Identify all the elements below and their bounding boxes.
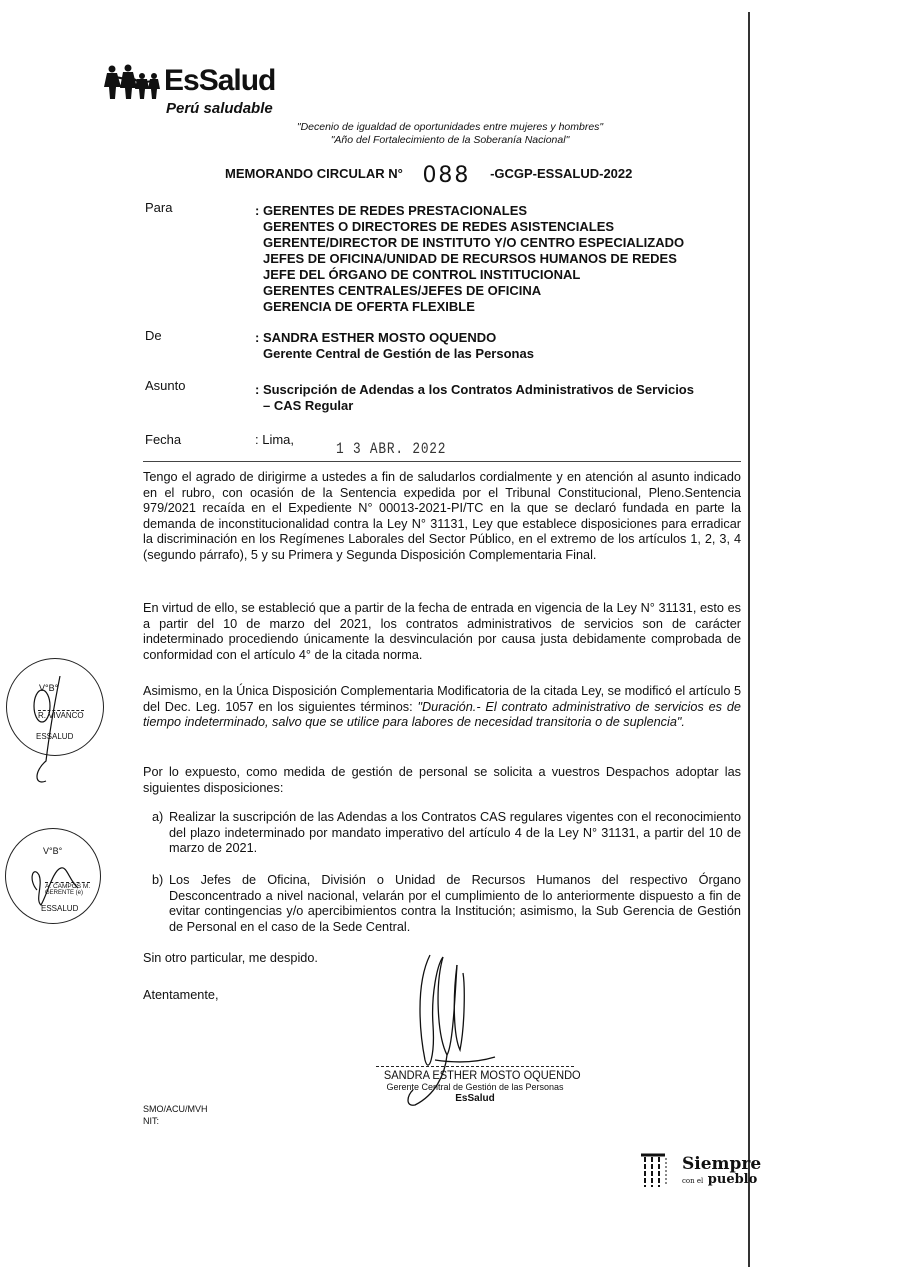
sender-role: Gerente Central de Gestión de las Person…: [255, 346, 534, 362]
paragraph-2: En virtud de ello, se estableció que a p…: [143, 601, 741, 663]
list-marker: b): [152, 873, 163, 889]
reference-nit: NIT:: [143, 1115, 208, 1127]
approval-stamp-2: V°B° A. CAMPOS M. GERENTE (e) ESSALUD: [5, 828, 105, 928]
sender-name: : SANDRA ESTHER MOSTO OQUENDO: [255, 330, 534, 346]
signatory-name: SANDRA ESTHER MOSTO OQUENDO: [384, 1068, 566, 1082]
memo-title-suffix: -GCGP-ESSALUD-2022: [490, 166, 632, 181]
list-marker: a): [152, 810, 163, 826]
date-stamp: 1 3 ABR. 2022: [336, 440, 446, 458]
para-label: Para: [145, 200, 172, 215]
approval-stamp-1: V°B° R. VIVANCO ESSALUD: [6, 658, 106, 758]
recipient-line: JEFES DE OFICINA/UNIDAD DE RECURSOS HUMA…: [255, 251, 684, 267]
mottos: "Decenio de igualdad de oportunidades en…: [250, 121, 650, 147]
signatory-role: Gerente Central de Gestión de las Person…: [376, 1082, 574, 1092]
de-sender: : SANDRA ESTHER MOSTO OQUENDO Gerente Ce…: [255, 330, 534, 362]
fecha-value: : Lima,: [255, 432, 294, 447]
stamp-2-signature-icon: [23, 850, 93, 910]
recipient-line: : GERENTES DE REDES PRESTACIONALES: [255, 203, 684, 219]
signature-line: [376, 1066, 574, 1067]
memo-number: 088: [406, 163, 486, 188]
reference-initials: SMO/ACU/MVH: [143, 1103, 208, 1115]
recipient-line: GERENTES CENTRALES/JEFES DE OFICINA: [255, 283, 684, 299]
slogan-word: pueblo: [708, 1172, 758, 1187]
motto-year: "Año del Fortalecimiento de la Soberanía…: [250, 134, 650, 147]
recipient-line: GERENTES O DIRECTORES DE REDES ASISTENCI…: [255, 219, 684, 235]
family-figures-icon: [104, 64, 160, 100]
logo-name: EsSalud: [164, 64, 275, 98]
columns-icon: [640, 1152, 670, 1192]
paragraph-1: Tengo el agrado de dirigirme a ustedes a…: [143, 470, 741, 564]
paragraph-3: Asimismo, en la Única Disposición Comple…: [143, 684, 741, 731]
list-item: a) Realizar la suscripción de las Adenda…: [152, 810, 741, 857]
header-divider: [143, 461, 741, 462]
list-item-text: Los Jefes de Oficina, División o Unidad …: [169, 873, 741, 935]
recipient-line: GERENCIA DE OFERTA FLEXIBLE: [255, 299, 684, 315]
closing-regards: Atentamente,: [143, 988, 218, 1002]
fecha-label: Fecha: [145, 432, 181, 447]
slogan-sub: con el pueblo: [682, 1172, 757, 1187]
paragraph-4: Por lo expuesto, como medida de gestión …: [143, 765, 741, 796]
para-recipients: : GERENTES DE REDES PRESTACIONALES GEREN…: [255, 203, 684, 315]
closing-farewell: Sin otro particular, me despido.: [143, 951, 318, 965]
recipient-line: GERENTE/DIRECTOR DE INSTITUTO Y/O CENTRO…: [255, 235, 684, 251]
memo-title: MEMORANDO CIRCULAR N° 088 -GCGP-ESSALUD-…: [225, 163, 632, 188]
recipient-line: JEFE DEL ÓRGANO DE CONTROL INSTITUCIONAL: [255, 267, 684, 283]
logo-tagline: Perú saludable: [166, 100, 273, 117]
list-item: b) Los Jefes de Oficina, División o Unid…: [152, 873, 741, 935]
asunto-subject: : Suscripción de Adendas a los Contratos…: [255, 382, 694, 414]
motto-decade: "Decenio de igualdad de oportunidades en…: [250, 121, 650, 134]
subject-line: – CAS Regular: [255, 398, 694, 414]
reference-block: SMO/ACU/MVH NIT:: [143, 1103, 208, 1127]
page-edge-line: [748, 12, 750, 1267]
stamp-1-signature-icon: [24, 676, 84, 786]
asunto-label: Asunto: [145, 378, 185, 393]
memo-title-prefix: MEMORANDO CIRCULAR N°: [225, 166, 403, 181]
list-item-text: Realizar la suscripción de las Adendas a…: [169, 810, 741, 857]
signatory-org: EsSalud: [376, 1093, 574, 1104]
slogan-main: Siempre: [682, 1154, 761, 1174]
subject-line: : Suscripción de Adendas a los Contratos…: [255, 382, 694, 398]
slogan-prefix: con el: [682, 1177, 703, 1185]
de-label: De: [145, 328, 162, 343]
